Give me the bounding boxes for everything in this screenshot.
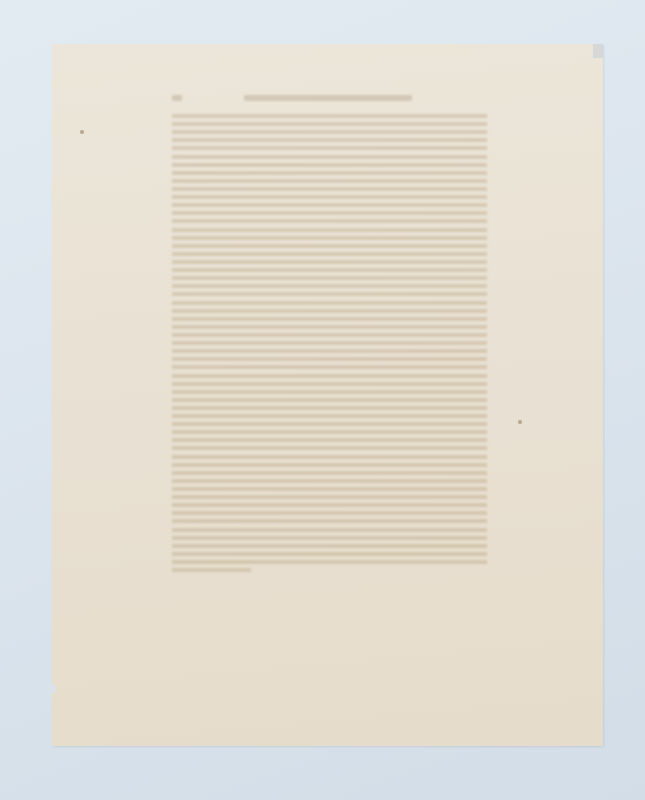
- text-line: [172, 568, 251, 572]
- text-line: [172, 341, 487, 345]
- text-line: [172, 438, 487, 442]
- text-line: [172, 284, 487, 288]
- text-line: [172, 146, 487, 150]
- text-line: [172, 171, 487, 175]
- text-line: [172, 365, 487, 369]
- running-header: [172, 94, 487, 104]
- text-line: [172, 430, 487, 434]
- text-line: [172, 422, 487, 426]
- text-line: [172, 211, 487, 215]
- running-head: [244, 95, 412, 101]
- book-page: [52, 44, 603, 746]
- text-line: [172, 414, 487, 418]
- text-line: [172, 390, 487, 394]
- text-line: [172, 560, 487, 564]
- text-line: [172, 138, 487, 142]
- text-line: [172, 325, 487, 329]
- text-line: [172, 122, 487, 126]
- text-line: [172, 309, 487, 313]
- text-line: [172, 398, 487, 402]
- text-line: [172, 519, 487, 523]
- text-line: [172, 155, 487, 159]
- text-line: [172, 374, 487, 378]
- text-line: [172, 479, 487, 483]
- page-number: [172, 95, 182, 101]
- text-line: [172, 471, 487, 475]
- text-line: [172, 301, 487, 305]
- text-line: [172, 268, 487, 272]
- text-line: [172, 528, 487, 532]
- text-line: [172, 487, 487, 491]
- text-line: [172, 446, 487, 450]
- text-line: [172, 317, 487, 321]
- text-line: [172, 195, 487, 199]
- text-line: [172, 163, 487, 167]
- text-line: [172, 228, 487, 232]
- text-line: [172, 503, 487, 507]
- text-line: [172, 203, 487, 207]
- text-line: [172, 114, 487, 118]
- text-line: [172, 260, 487, 264]
- text-line: [172, 130, 487, 134]
- corner-fold: [593, 44, 603, 58]
- text-line: [172, 455, 487, 459]
- text-line: [172, 187, 487, 191]
- edge-notch: [48, 684, 56, 694]
- text-line: [172, 382, 487, 386]
- text-line: [172, 236, 487, 240]
- text-line: [172, 406, 487, 410]
- text-line: [172, 244, 487, 248]
- text-line: [172, 544, 487, 548]
- spot-mark: [80, 130, 84, 134]
- text-line: [172, 357, 487, 361]
- text-line: [172, 219, 487, 223]
- text-line: [172, 252, 487, 256]
- text-line: [172, 463, 487, 467]
- text-line: [172, 276, 487, 280]
- text-line: [172, 536, 487, 540]
- text-line: [172, 552, 487, 556]
- text-line: [172, 333, 487, 337]
- text-line: [172, 349, 487, 353]
- spot-mark: [518, 420, 522, 424]
- text-line: [172, 179, 487, 183]
- text-line: [172, 292, 487, 296]
- text-line: [172, 495, 487, 499]
- show-through-text-block: [172, 114, 487, 576]
- text-line: [172, 511, 487, 515]
